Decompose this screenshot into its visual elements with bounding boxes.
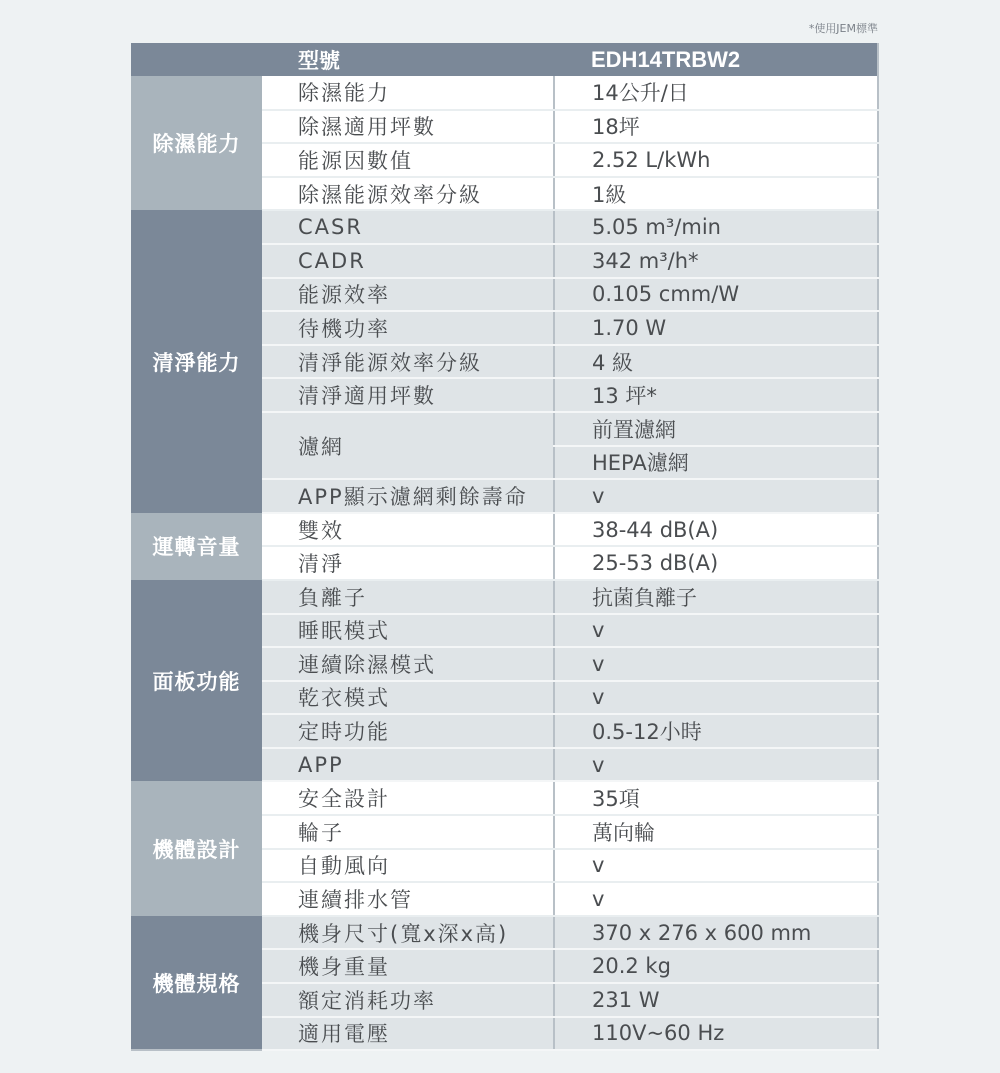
row-value: HEPA濾網 bbox=[554, 446, 878, 480]
row-value: v bbox=[554, 748, 878, 782]
row-label: 安全設計 bbox=[262, 781, 554, 815]
row-label: 機身尺寸(寬x深x高) bbox=[262, 916, 554, 950]
group-purify: 清淨能力 CASR 5.05 m³/min CADR 342 m³/h* 能源效… bbox=[131, 210, 878, 512]
group-body-spec: 機體規格 機身尺寸(寬x深x高) 370 x 276 x 600 mm 機身重量… bbox=[131, 916, 878, 1050]
row-label: 連續排水管 bbox=[262, 882, 554, 916]
row-value: 0.105 cmm/W bbox=[554, 278, 878, 312]
row-value: v bbox=[554, 647, 878, 681]
model-label: 型號 bbox=[262, 43, 554, 76]
row-value: v bbox=[554, 882, 878, 916]
group-label: 清淨能力 bbox=[131, 210, 262, 512]
table-row: 除濕能力 除濕能力 14公升/日 bbox=[131, 76, 878, 110]
row-label: 睡眠模式 bbox=[262, 614, 554, 648]
row-value: v bbox=[554, 479, 878, 513]
row-value: 370 x 276 x 600 mm bbox=[554, 916, 878, 950]
row-label: 待機功率 bbox=[262, 311, 554, 345]
table-row: 機體規格 機身尺寸(寬x深x高) 370 x 276 x 600 mm bbox=[131, 916, 878, 950]
row-value: 14公升/日 bbox=[554, 76, 878, 110]
row-label: 機身重量 bbox=[262, 949, 554, 983]
row-value: 231 W bbox=[554, 983, 878, 1017]
row-label: 除濕能源效率分級 bbox=[262, 177, 554, 211]
row-value: 2.52 L/kWh bbox=[554, 143, 878, 177]
row-value: 抗菌負離子 bbox=[554, 580, 878, 614]
row-label: 自動風向 bbox=[262, 849, 554, 883]
group-label: 機體設計 bbox=[131, 781, 262, 915]
row-label: 清淨 bbox=[262, 546, 554, 580]
row-value: 前置濾網 bbox=[554, 412, 878, 446]
row-label: 除濕適用坪數 bbox=[262, 110, 554, 144]
row-value: 35項 bbox=[554, 781, 878, 815]
table-row: 運轉音量 雙效 38-44 dB(A) bbox=[131, 513, 878, 547]
group-dehumidify: 除濕能力 除濕能力 14公升/日 除濕適用坪數 18坪 能源因數值 2.52 L… bbox=[131, 76, 878, 210]
group-panel: 面板功能 負離子 抗菌負離子 睡眠模式 v 連續除濕模式 v 乾衣模式 v 定時… bbox=[131, 580, 878, 782]
row-value: 5.05 m³/min bbox=[554, 210, 878, 244]
row-value: 1.70 W bbox=[554, 311, 878, 345]
group-noise: 運轉音量 雙效 38-44 dB(A) 清淨 25-53 dB(A) bbox=[131, 513, 878, 580]
row-value: 38-44 dB(A) bbox=[554, 513, 878, 547]
row-label: CADR bbox=[262, 244, 554, 278]
row-value: 4 級 bbox=[554, 345, 878, 379]
row-label: 輪子 bbox=[262, 815, 554, 849]
row-label: 清淨適用坪數 bbox=[262, 378, 554, 412]
row-label: 能源效率 bbox=[262, 278, 554, 312]
row-value: 萬向輪 bbox=[554, 815, 878, 849]
spec-table: 型號 EDH14TRBW2 除濕能力 除濕能力 14公升/日 除濕適用坪數 18… bbox=[131, 43, 879, 1051]
row-label: CASR bbox=[262, 210, 554, 244]
group-label: 面板功能 bbox=[131, 580, 262, 782]
row-value: v bbox=[554, 614, 878, 648]
row-label: 除濕能力 bbox=[262, 76, 554, 110]
row-value: 342 m³/h* bbox=[554, 244, 878, 278]
row-label: 負離子 bbox=[262, 580, 554, 614]
row-label: 適用電壓 bbox=[262, 1017, 554, 1051]
table-row: 機體設計 安全設計 35項 bbox=[131, 781, 878, 815]
jem-standard-footnote: *使用JEM標準 bbox=[809, 20, 878, 36]
table-row: 清淨能力 CASR 5.05 m³/min bbox=[131, 210, 878, 244]
model-value: EDH14TRBW2 bbox=[554, 43, 878, 76]
row-value: 13 坪* bbox=[554, 378, 878, 412]
row-value: v bbox=[554, 681, 878, 715]
row-label: APP顯示濾網剩餘壽命 bbox=[262, 479, 554, 513]
row-label: 雙效 bbox=[262, 513, 554, 547]
row-value: 110V~60 Hz bbox=[554, 1017, 878, 1051]
row-label: 濾網 bbox=[262, 412, 554, 479]
row-value: 1級 bbox=[554, 177, 878, 211]
group-body-design: 機體設計 安全設計 35項 輪子 萬向輪 自動風向 v 連續排水管 v bbox=[131, 781, 878, 915]
header-row: 型號 EDH14TRBW2 bbox=[131, 43, 878, 76]
row-label: 能源因數值 bbox=[262, 143, 554, 177]
row-value: 20.2 kg bbox=[554, 949, 878, 983]
row-label: 乾衣模式 bbox=[262, 681, 554, 715]
row-label: 額定消耗功率 bbox=[262, 983, 554, 1017]
group-label: 除濕能力 bbox=[131, 76, 262, 210]
row-value: 18坪 bbox=[554, 110, 878, 144]
row-label: 定時功能 bbox=[262, 714, 554, 748]
row-value: 0.5-12小時 bbox=[554, 714, 878, 748]
header-group-cell bbox=[131, 43, 262, 76]
group-label: 運轉音量 bbox=[131, 513, 262, 580]
row-label: APP bbox=[262, 748, 554, 782]
table-row: 面板功能 負離子 抗菌負離子 bbox=[131, 580, 878, 614]
group-label: 機體規格 bbox=[131, 916, 262, 1050]
row-value: 25-53 dB(A) bbox=[554, 546, 878, 580]
row-label: 連續除濕模式 bbox=[262, 647, 554, 681]
row-label: 清淨能源效率分級 bbox=[262, 345, 554, 379]
row-value: v bbox=[554, 849, 878, 883]
